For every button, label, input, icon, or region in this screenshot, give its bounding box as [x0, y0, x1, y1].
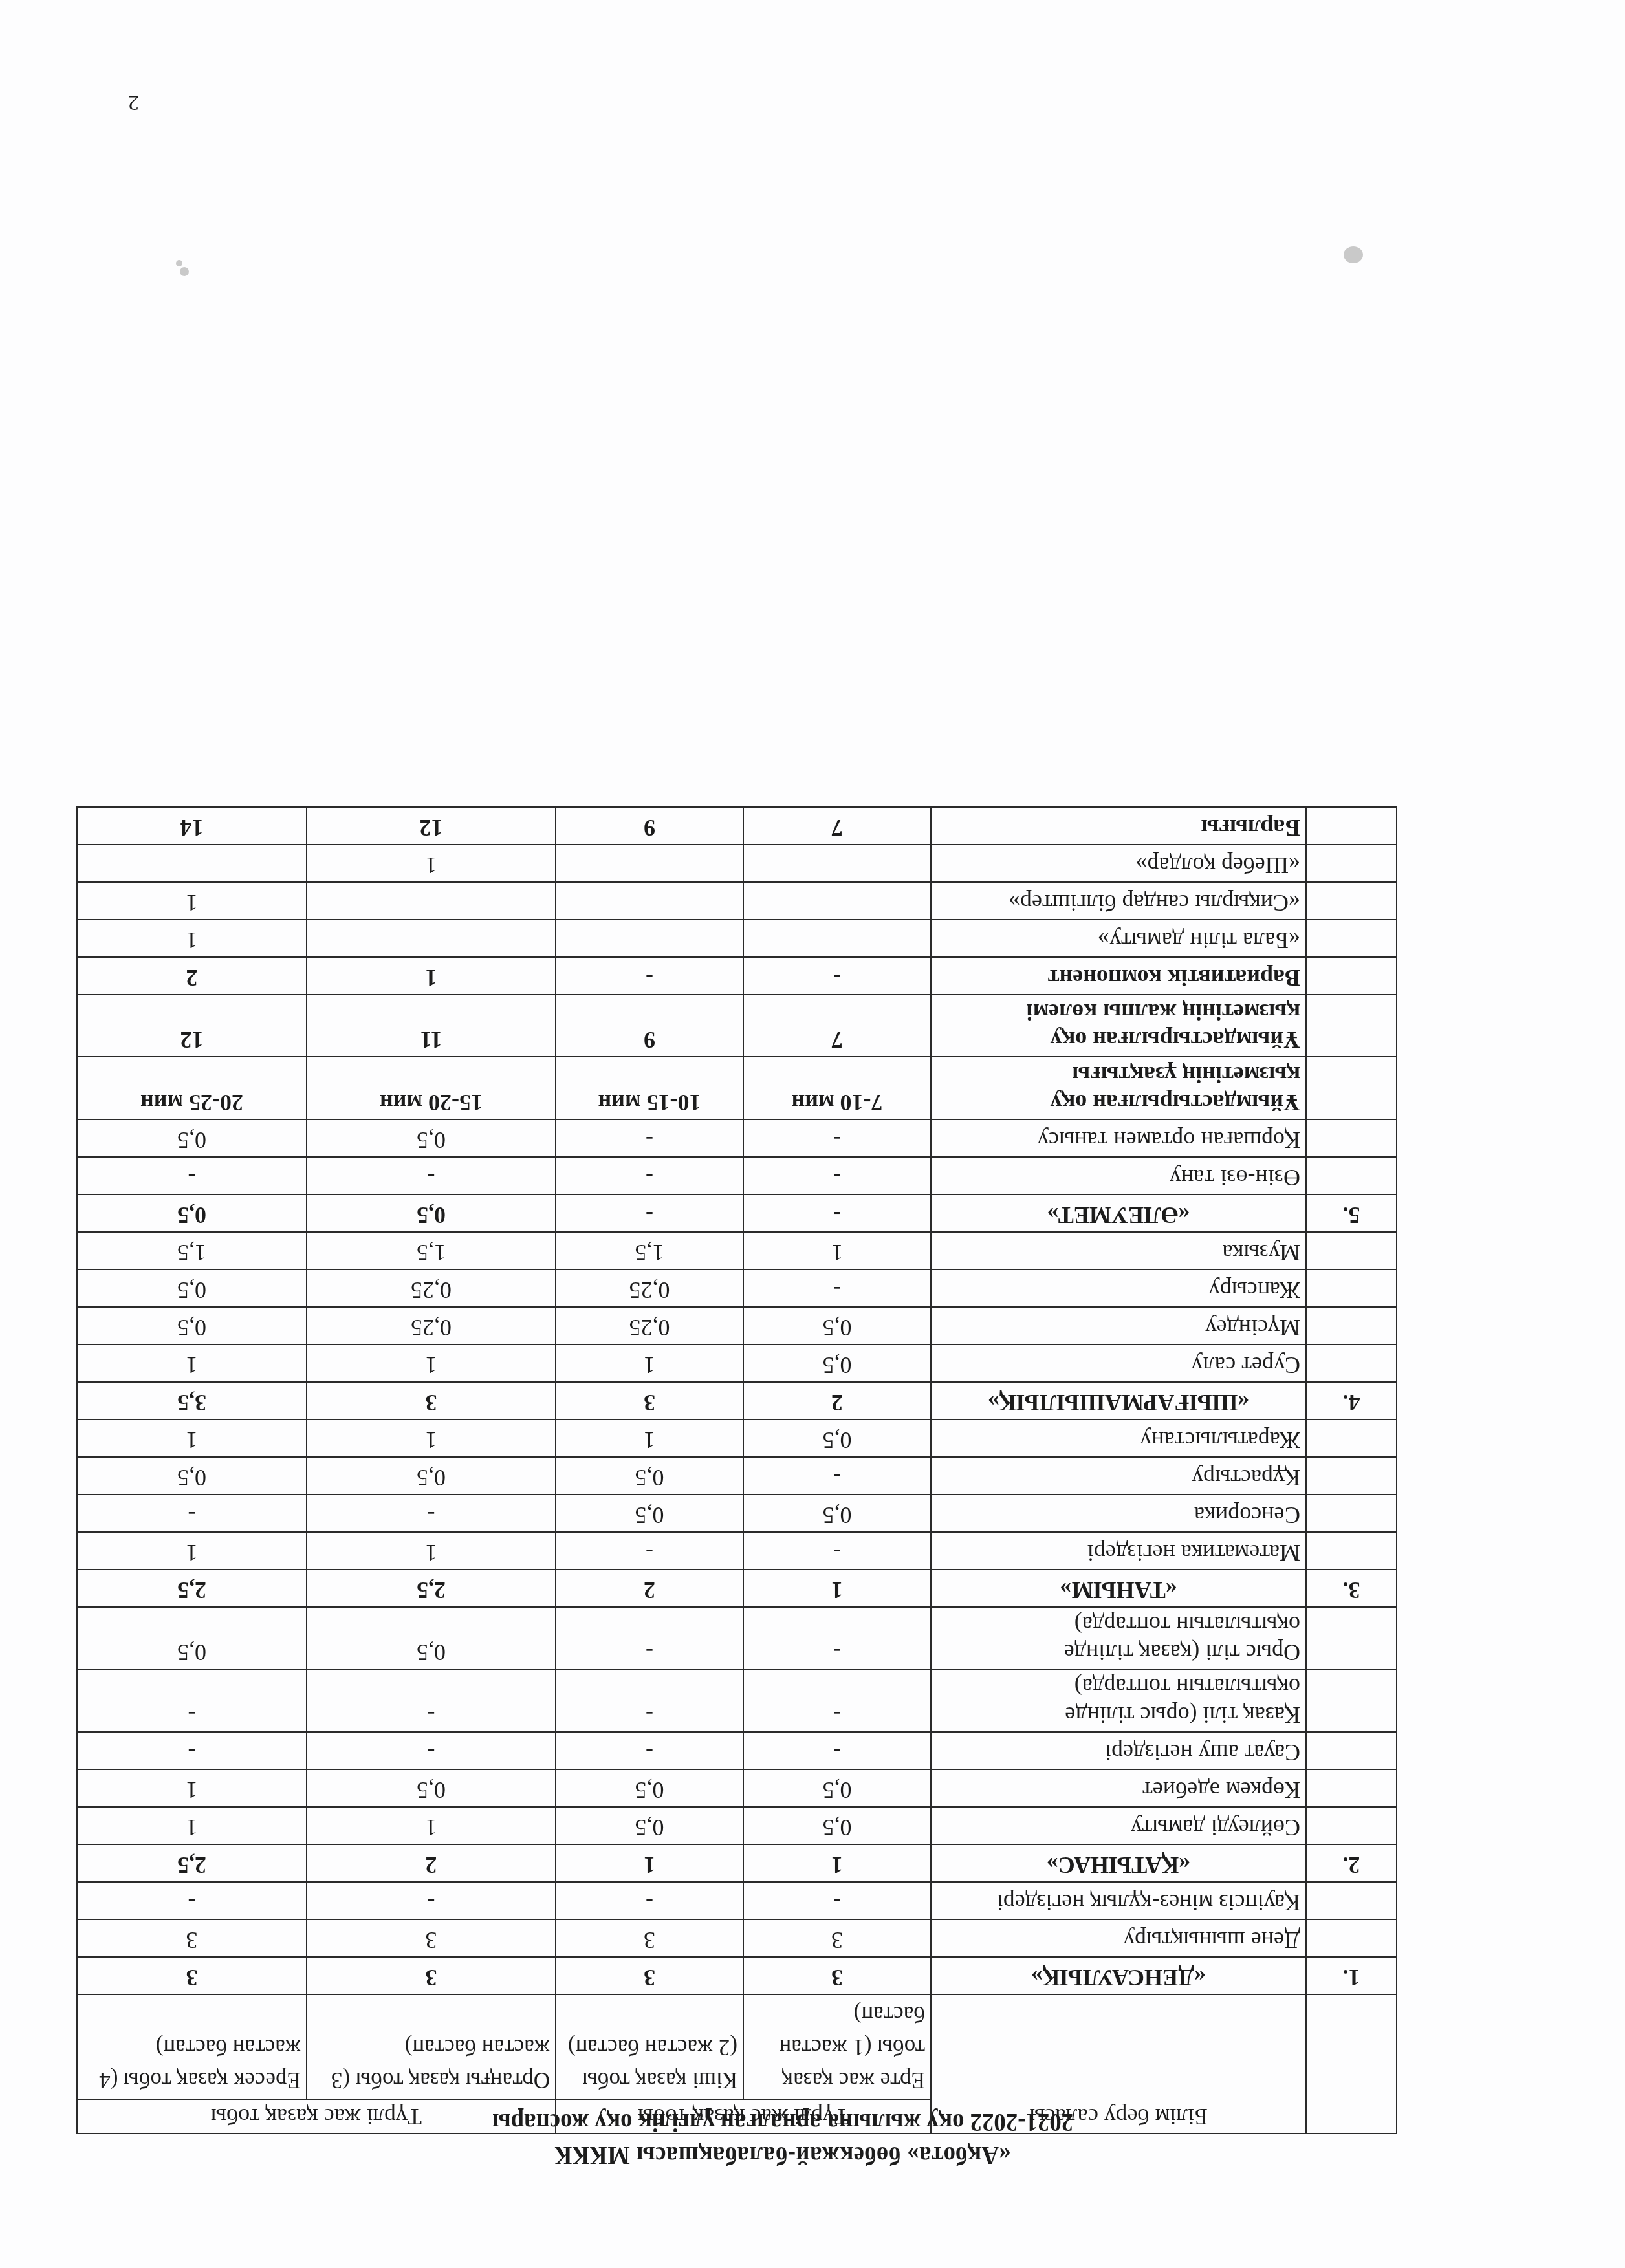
- value-cell: 3: [77, 1957, 307, 1994]
- value-cell: 1: [556, 1420, 743, 1457]
- value-cell: 1: [77, 920, 307, 957]
- value-cell: 3: [743, 1957, 931, 1994]
- value-cell: 0,5: [77, 1269, 307, 1307]
- row-number: [1306, 1882, 1397, 1919]
- table-row: Жапсыру-0,250,250,5: [77, 1269, 1397, 1307]
- value-cell: 20-25 мин: [77, 1057, 307, 1119]
- value-cell: -: [77, 1495, 307, 1532]
- row-number: [1306, 920, 1397, 957]
- subject-cell: Сенсорика: [931, 1495, 1306, 1532]
- value-cell: 0,5: [307, 1769, 556, 1807]
- value-cell: [556, 920, 743, 957]
- column-header-early-age: Ерте жас қазақ тобы (1 жастан бастап): [743, 1994, 931, 2099]
- row-number: [1306, 1345, 1397, 1382]
- value-cell: 1: [77, 1769, 307, 1807]
- value-cell: 1: [77, 1532, 307, 1570]
- value-cell: 3: [556, 1382, 743, 1420]
- value-cell: 0,5: [556, 1807, 743, 1844]
- value-cell: -: [743, 1194, 931, 1232]
- value-cell: 0,5: [743, 1345, 931, 1382]
- row-number: [1306, 1669, 1397, 1731]
- subject-cell: Сурет салу: [931, 1345, 1306, 1382]
- document-title: «Ақбота» бөбекжай-балабақшасы МККК: [217, 2141, 1348, 2171]
- value-cell: 2: [77, 957, 307, 995]
- subject-cell: «ТАНЫМ»: [931, 1570, 1306, 1607]
- value-cell: 2,5: [77, 1570, 307, 1607]
- value-cell: -: [307, 1495, 556, 1532]
- value-cell: -: [556, 1732, 743, 1769]
- scanned-page: «Ақбота» бөбекжай-балабақшасы МККК 2021-…: [0, 0, 1625, 2268]
- row-number: 1.: [1306, 1957, 1397, 1994]
- subject-cell: Дене шынықтыру: [931, 1919, 1306, 1957]
- value-cell: -: [77, 1882, 307, 1919]
- subject-cell: Барлығы: [931, 807, 1306, 845]
- table-row: Қазақ тілі (орыс тілінде оқытылатын топт…: [77, 1669, 1397, 1731]
- value-cell: 3: [307, 1919, 556, 1957]
- subject-cell: Музыка: [931, 1232, 1306, 1269]
- value-cell: 1,5: [556, 1232, 743, 1269]
- table-row: Ұйымдастырылған оқу қызметінің жалпы көл…: [77, 995, 1397, 1057]
- row-number: [1306, 957, 1397, 995]
- subject-cell: «ҚАТЫНАС»: [931, 1844, 1306, 1882]
- value-cell: 9: [556, 807, 743, 845]
- row-number: [1306, 1457, 1397, 1495]
- value-cell: -: [743, 1882, 931, 1919]
- row-number: [1306, 1269, 1397, 1307]
- row-number: 3.: [1306, 1570, 1397, 1607]
- value-cell: 0,5: [77, 1307, 307, 1345]
- value-cell: 9: [556, 995, 743, 1057]
- value-cell: 1: [307, 845, 556, 882]
- subject-cell: Вариативтік компонент: [931, 957, 1306, 995]
- row-number: [1306, 1919, 1397, 1957]
- subject-cell: Өзін-өзі тану: [931, 1157, 1306, 1194]
- value-cell: 7: [743, 807, 931, 845]
- row-number: [1306, 845, 1397, 882]
- table-row: Жаратылыстану0,5111: [77, 1420, 1397, 1457]
- value-cell: [743, 882, 931, 920]
- subject-cell: «ШЫҒАРМАШЫЛЫҚ»: [931, 1382, 1306, 1420]
- table-row: Музыка11,51,51,5: [77, 1232, 1397, 1269]
- value-cell: 1: [307, 1807, 556, 1844]
- value-cell: -: [307, 1157, 556, 1194]
- table-row: Сурет салу0,5111: [77, 1345, 1397, 1382]
- section-row: 3.«ТАНЫМ»122,52,5: [77, 1570, 1397, 1607]
- value-cell: 1: [743, 1570, 931, 1607]
- value-cell: 0,5: [77, 1194, 307, 1232]
- row-number: [1306, 807, 1397, 845]
- subject-cell: Қазақ тілі (орыс тілінде оқытылатын топт…: [931, 1669, 1306, 1731]
- row-number: [1306, 1157, 1397, 1194]
- value-cell: 3: [556, 1957, 743, 1994]
- table-row: Орыс тілі (қазақ тілінде оқытылатын топт…: [77, 1607, 1397, 1669]
- row-number: [1306, 1307, 1397, 1345]
- page-number: 2: [128, 90, 139, 114]
- table-body: 1.«ДЕНСАУЛЫҚ»3333Дене шынықтыру3333Қауіп…: [77, 807, 1397, 1994]
- subject-cell: Қоршаған ортамен танысу: [931, 1119, 1306, 1157]
- value-cell: 0,5: [556, 1495, 743, 1532]
- table-row: Сенсорика0,50,5--: [77, 1495, 1397, 1532]
- value-cell: -: [743, 1732, 931, 1769]
- subject-cell: Орыс тілі (қазақ тілінде оқытылатын топт…: [931, 1607, 1306, 1669]
- table-row: Вариативтік компонент--12: [77, 957, 1397, 995]
- value-cell: -: [556, 1532, 743, 1570]
- table-group-header-row: Білім беру саласы Түрлі жас қазақ тобы Т…: [77, 2099, 1397, 2133]
- subject-cell: Құрастыру: [931, 1457, 1306, 1495]
- scan-speck: [176, 260, 182, 266]
- table-row: «Сиқырлы сандар білгіштер»1: [77, 882, 1397, 920]
- subject-cell: Мүсіндеу: [931, 1307, 1306, 1345]
- value-cell: 1,5: [77, 1232, 307, 1269]
- value-cell: -: [556, 1607, 743, 1669]
- value-cell: 1: [307, 1345, 556, 1382]
- value-cell: 1: [307, 1532, 556, 1570]
- value-cell: 3: [743, 1919, 931, 1957]
- value-cell: 0,5: [556, 1769, 743, 1807]
- value-cell: 2: [743, 1382, 931, 1420]
- value-cell: 0,5: [307, 1119, 556, 1157]
- value-cell: -: [556, 1119, 743, 1157]
- value-cell: 1: [77, 882, 307, 920]
- row-number: [1306, 1769, 1397, 1807]
- subject-cell: Сөйлеуді дамыту: [931, 1807, 1306, 1844]
- section-row: 5.«ӘЛЕУМЕТ»--0,50,5: [77, 1194, 1397, 1232]
- value-cell: 0,5: [556, 1457, 743, 1495]
- row-number: 2.: [1306, 1844, 1397, 1882]
- value-cell: -: [743, 1157, 931, 1194]
- curriculum-table: Білім беру саласы Түрлі жас қазақ тобы Т…: [76, 806, 1397, 2134]
- table-row: Дене шынықтыру3333: [77, 1919, 1397, 1957]
- value-cell: 2,5: [77, 1844, 307, 1882]
- value-cell: 7-10 мин: [743, 1057, 931, 1119]
- subject-cell: «ӘЛЕУМЕТ»: [931, 1194, 1306, 1232]
- subject-cell: Қауіпсіз мінез-құлық негіздері: [931, 1882, 1306, 1919]
- value-cell: 3: [307, 1382, 556, 1420]
- column-header-middle: Ортаңғы қазақ тобы (3 жастан бастап): [307, 1994, 556, 2099]
- value-cell: 3: [307, 1957, 556, 1994]
- value-cell: 7: [743, 995, 931, 1057]
- subject-cell: Ұйымдастырылған оқу қызметінің жалпы көл…: [931, 995, 1306, 1057]
- section-row: 4.«ШЫҒАРМАШЫЛЫҚ»2333,5: [77, 1382, 1397, 1420]
- row-number: [1306, 1057, 1397, 1119]
- value-cell: 0,5: [77, 1119, 307, 1157]
- value-cell: -: [743, 1532, 931, 1570]
- scan-speck: [180, 267, 189, 276]
- value-cell: -: [556, 1157, 743, 1194]
- value-cell: 0,5: [307, 1607, 556, 1669]
- value-cell: -: [556, 1669, 743, 1731]
- value-cell: [743, 920, 931, 957]
- value-cell: 1: [77, 1807, 307, 1844]
- table-row: «Шебер қолдар»1: [77, 845, 1397, 882]
- row-number: [1306, 882, 1397, 920]
- section-row: 1.«ДЕНСАУЛЫҚ»3333: [77, 1957, 1397, 1994]
- row-number: [1306, 1532, 1397, 1570]
- value-cell: 0,25: [556, 1307, 743, 1345]
- value-cell: -: [743, 1669, 931, 1731]
- row-number: [1306, 1232, 1397, 1269]
- value-cell: -: [743, 1607, 931, 1669]
- value-cell: 10-15 мин: [556, 1057, 743, 1119]
- row-number: 5.: [1306, 1194, 1397, 1232]
- value-cell: 12: [77, 995, 307, 1057]
- value-cell: -: [743, 1119, 931, 1157]
- table-row: Қоршаған ортамен танысу--0,50,5: [77, 1119, 1397, 1157]
- value-cell: [556, 882, 743, 920]
- number-column-header: [1306, 1994, 1397, 2133]
- value-cell: [307, 882, 556, 920]
- value-cell: [743, 845, 931, 882]
- column-header-senior: Ересек қазақ тобы (4 жастан бастап): [77, 1994, 307, 2099]
- value-cell: 1: [556, 1345, 743, 1382]
- value-cell: 0,25: [307, 1307, 556, 1345]
- value-cell: 11: [307, 995, 556, 1057]
- value-cell: 0,5: [743, 1807, 931, 1844]
- table-row: Көркем әдебиет0,50,50,51: [77, 1769, 1397, 1807]
- value-cell: 0,5: [307, 1457, 556, 1495]
- table-row: Барлығы791214: [77, 807, 1397, 845]
- value-cell: -: [556, 1194, 743, 1232]
- subject-cell: «Сиқырлы сандар білгіштер»: [931, 882, 1306, 920]
- value-cell: -: [556, 1882, 743, 1919]
- table-row: Мүсіндеу0,50,250,250,5: [77, 1307, 1397, 1345]
- value-cell: 0,5: [743, 1769, 931, 1807]
- value-cell: -: [556, 957, 743, 995]
- section-row: 2.«ҚАТЫНАС»1122,5: [77, 1844, 1397, 1882]
- value-cell: 0,5: [743, 1307, 931, 1345]
- value-cell: 3: [77, 1919, 307, 1957]
- value-cell: 0,5: [743, 1495, 931, 1532]
- value-cell: 0,5: [743, 1420, 931, 1457]
- value-cell: 0,5: [307, 1194, 556, 1232]
- row-number: [1306, 1495, 1397, 1532]
- value-cell: 14: [77, 807, 307, 845]
- table-row: Ұйымдастырылған оқу қызметінің ұзақтығы7…: [77, 1057, 1397, 1119]
- table-row: Құрастыру-0,50,50,5: [77, 1457, 1397, 1495]
- area-column-header: Білім беру саласы: [931, 1994, 1306, 2133]
- subject-cell: Математика негіздері: [931, 1532, 1306, 1570]
- subject-cell: Жапсыру: [931, 1269, 1306, 1307]
- row-number: [1306, 1732, 1397, 1769]
- value-cell: 2: [307, 1844, 556, 1882]
- value-cell: 2: [556, 1570, 743, 1607]
- column-header-junior: Кіші қазақ тобы (2 жастан бастап): [556, 1994, 743, 2099]
- value-cell: [556, 845, 743, 882]
- value-cell: 1: [77, 1420, 307, 1457]
- row-number: [1306, 1607, 1397, 1669]
- table-row: Сауат ашу негіздері----: [77, 1732, 1397, 1769]
- subject-cell: «Шебер қолдар»: [931, 845, 1306, 882]
- value-cell: 0,5: [77, 1457, 307, 1495]
- value-cell: 1,5: [307, 1232, 556, 1269]
- value-cell: 1: [77, 1345, 307, 1382]
- row-number: 4.: [1306, 1382, 1397, 1420]
- group1-header: Түрлі жас қазақ тобы: [556, 2099, 931, 2133]
- value-cell: [77, 845, 307, 882]
- value-cell: 1: [743, 1232, 931, 1269]
- subject-cell: Көркем әдебиет: [931, 1769, 1306, 1807]
- value-cell: -: [307, 1732, 556, 1769]
- value-cell: 1: [307, 1420, 556, 1457]
- scan-speck: [1344, 246, 1363, 263]
- table-row: Қауіпсіз мінез-құлық негіздері----: [77, 1882, 1397, 1919]
- group2-header: Түрлі жас қазақ тобы: [77, 2099, 556, 2133]
- value-cell: 3: [556, 1919, 743, 1957]
- value-cell: 0,25: [556, 1269, 743, 1307]
- value-cell: -: [77, 1732, 307, 1769]
- value-cell: -: [77, 1157, 307, 1194]
- value-cell: -: [307, 1669, 556, 1731]
- subject-cell: Жаратылыстану: [931, 1420, 1306, 1457]
- subject-cell: «Бала тілін дамыту»: [931, 920, 1306, 957]
- value-cell: 1: [307, 957, 556, 995]
- table-row: Математика негіздері--11: [77, 1532, 1397, 1570]
- value-cell: -: [743, 1457, 931, 1495]
- value-cell: 1: [743, 1844, 931, 1882]
- value-cell: [307, 920, 556, 957]
- row-number: [1306, 1119, 1397, 1157]
- value-cell: -: [743, 957, 931, 995]
- value-cell: 1: [556, 1844, 743, 1882]
- row-number: [1306, 995, 1397, 1057]
- row-number: [1306, 1807, 1397, 1844]
- value-cell: 0,5: [77, 1607, 307, 1669]
- value-cell: -: [77, 1669, 307, 1731]
- value-cell: 15-20 мин: [307, 1057, 556, 1119]
- table-row: Өзін-өзі тану----: [77, 1157, 1397, 1194]
- value-cell: 12: [307, 807, 556, 845]
- value-cell: -: [307, 1882, 556, 1919]
- table-row: «Бала тілін дамыту»1: [77, 920, 1397, 957]
- value-cell: 0,25: [307, 1269, 556, 1307]
- row-number: [1306, 1420, 1397, 1457]
- subject-cell: «ДЕНСАУЛЫҚ»: [931, 1957, 1306, 1994]
- value-cell: 2,5: [307, 1570, 556, 1607]
- value-cell: 3,5: [77, 1382, 307, 1420]
- subject-cell: Сауат ашу негіздері: [931, 1732, 1306, 1769]
- table-row: Сөйлеуді дамыту0,50,511: [77, 1807, 1397, 1844]
- subject-cell: Ұйымдастырылған оқу қызметінің ұзақтығы: [931, 1057, 1306, 1119]
- value-cell: -: [743, 1269, 931, 1307]
